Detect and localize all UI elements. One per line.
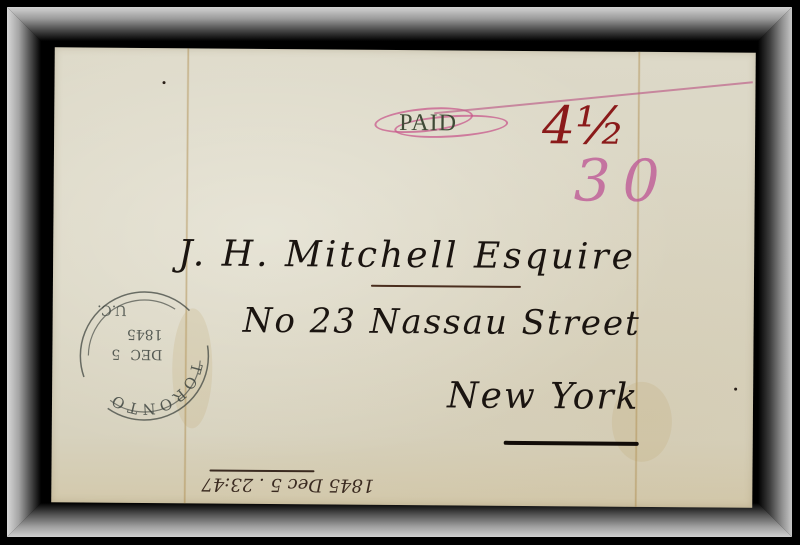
fold-line-left	[183, 48, 190, 503]
postmark-province: U.C.	[97, 302, 127, 318]
docket-rule	[209, 469, 314, 471]
pink-manuscript-rate: 30	[574, 146, 672, 215]
bevel-left	[7, 7, 41, 537]
svg-text:TORONTO: TORONTO	[106, 361, 206, 419]
address-line-street: No 23 Nassau Street	[242, 301, 640, 344]
bevel-right	[758, 7, 792, 537]
bevel-top	[7, 7, 792, 41]
docket-notation: 1845 Dec 5 . 23:47	[201, 473, 374, 495]
toronto-postmark: TORONTO U.C. DEC 5 1845	[74, 285, 215, 426]
city-underline	[504, 441, 639, 446]
paid-handstamp: PAID	[399, 110, 457, 137]
address-line-city: New York	[447, 375, 640, 418]
paper-speck	[163, 81, 166, 84]
postmark-town: TORONTO	[106, 361, 206, 419]
letter-cover: PAID 4½ 30 J. H. Mitchell Esquire No 23 …	[51, 47, 756, 507]
postmark-month: DEC	[130, 346, 162, 362]
postmark-year: 1845	[127, 326, 163, 342]
bevel-bottom	[7, 503, 792, 537]
address-line-addressee: J. H. Mitchell Esquire	[178, 233, 636, 278]
postmark-day: 5	[111, 346, 120, 362]
name-underline	[371, 285, 521, 288]
picture-frame: PAID 4½ 30 J. H. Mitchell Esquire No 23 …	[0, 0, 800, 545]
paper-speck	[734, 388, 737, 391]
postmark-circle-icon: TORONTO U.C. DEC 5 1845	[74, 285, 215, 426]
